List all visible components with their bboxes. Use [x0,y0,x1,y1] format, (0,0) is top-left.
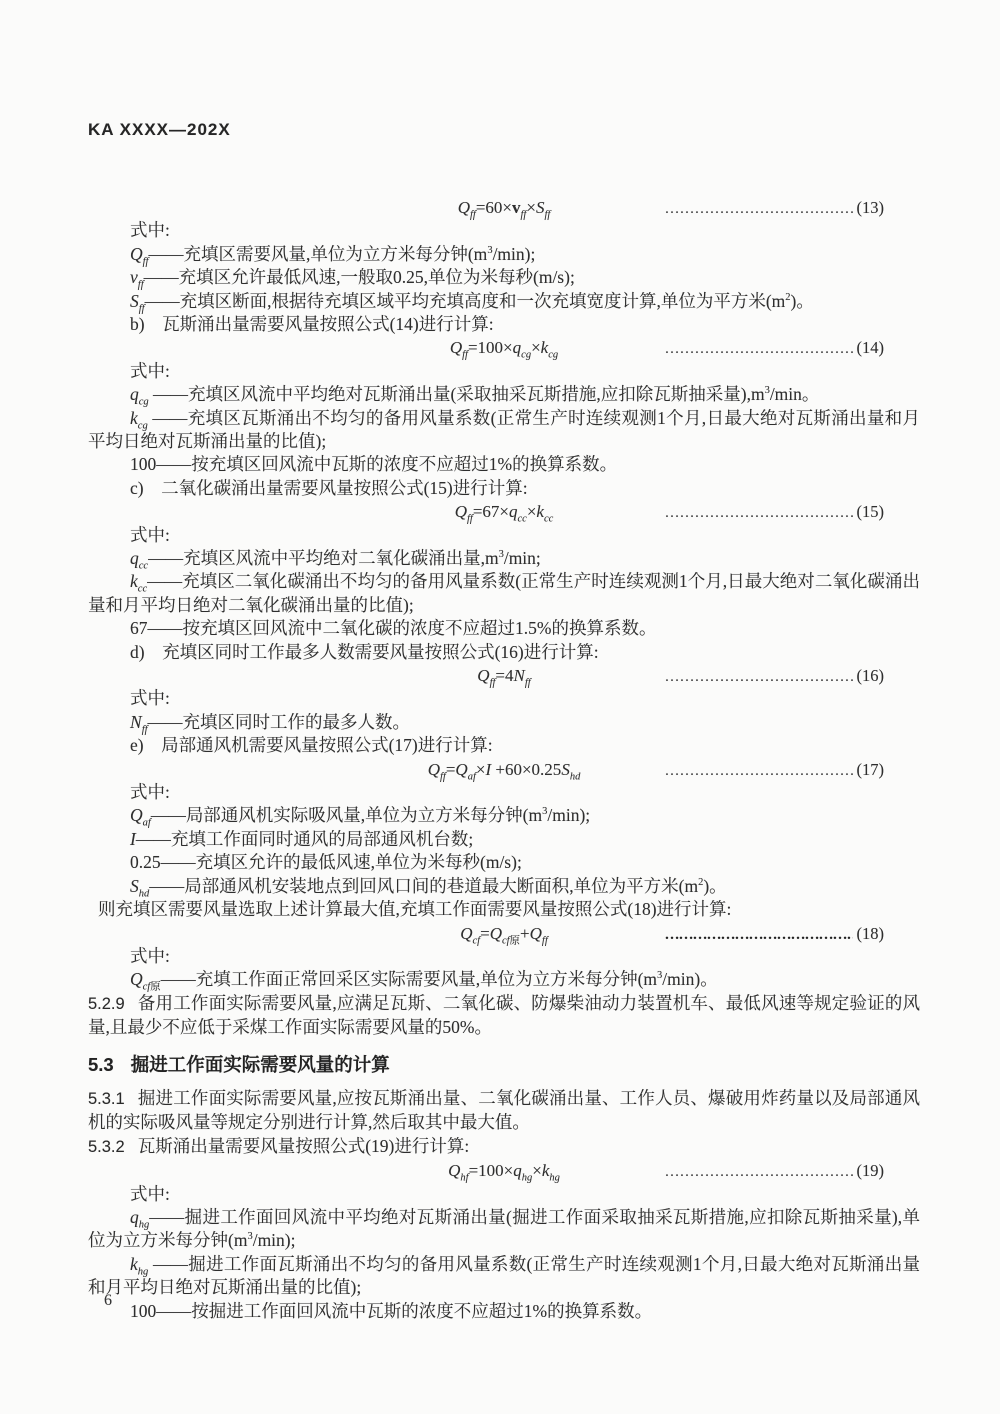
formula-number: (18) [857,922,885,945]
dot-leader: ……………………………………………… [665,338,853,361]
dot-leader: ……………………………………………… [665,924,853,947]
paragraph: kcc——充填区二氧化碳涌出不均匀的备用风量系数(正常生产时连续观测1个月,日最… [88,570,920,617]
paragraph: 式中: [88,781,920,804]
formula-leader-group: ………………………………………………(17) [665,758,885,783]
paragraph: 式中: [88,219,920,242]
clause-5.3.2: 5.3.2瓦斯涌出量需要风量按照公式(19)进行计算: [88,1135,920,1159]
formula-expression: Qff=60×vff×Sff [458,198,551,217]
paragraph: b) 瓦斯涌出量需要风量按照公式(14)进行计算: [88,313,920,336]
formula-14: Qff=100×qcg×kcg………………………………………………(14) [88,336,920,359]
formula-18: Qcf=Qcf原+Qff………………………………………………(18) [88,922,920,945]
formula-leader-group: ………………………………………………(19) [665,1159,885,1184]
paragraph: qhg——掘进工作面回风流中平均绝对瓦斯涌出量(掘进工作面采取抽采瓦斯措施,应扣… [88,1206,920,1253]
paragraph: Qff——充填区需要风量,单位为立方米每分钟(m3/min); [88,243,920,266]
paragraph: 式中: [88,687,920,710]
clause-number: 5.2.9 [88,995,125,1013]
paragraph: Nff——充填区同时工作的最多人数。 [88,711,920,734]
page-number: 6 [104,1292,112,1310]
clause-number: 5.3.1 [88,1090,125,1108]
paragraph: qcc——充填区风流中平均绝对二氧化碳涌出量,m3/min; [88,547,920,570]
formula-expression: Qff=Qaf×I +60×0.25Shd [428,760,581,779]
paragraph: Qaf——局部通风机实际吸风量,单位为立方米每分钟(m3/min); [88,804,920,827]
dot-leader: ……………………………………………… [665,502,853,525]
formula-number: (15) [857,500,885,523]
paragraph: Qcf原——充填工作面正常回采区实际需要风量,单位为立方米每分钟(m3/min)… [88,968,920,991]
document-body: Qff=60×vff×Sff………………………………………………(13)式中:Q… [88,196,920,1323]
paragraph: 式中: [88,945,920,968]
formula-leader-group: ………………………………………………(15) [665,500,885,525]
paragraph: Shd——局部通风机安装地点到回风口间的巷道最大断面积,单位为平方米(m2)。 [88,875,920,898]
paragraph: e) 局部通风机需要风量按照公式(17)进行计算: [88,734,920,757]
heading-number: 5.3 [88,1054,114,1075]
formula-number: (16) [857,664,885,687]
paragraph: 67——按充填区回风流中二氧化碳的浓度不应超过1.5%的换算系数。 [88,617,920,640]
formula-19: Qhf=100×qhg×khg………………………………………………(19) [88,1159,920,1182]
dot-leader: ……………………………………………… [665,666,853,689]
formula-leader-group: ………………………………………………(16) [665,664,885,689]
formula-expression: Qff=67×qcc×kcc [455,502,554,521]
paragraph: 100——按充填区回风流中瓦斯的浓度不应超过1%的换算系数。 [88,453,920,476]
paragraph: 则充填区需要风量选取上述计算最大值,充填工作面需要风量按照公式(18)进行计算: [88,898,920,921]
paragraph: Sff——充填区断面,根据待充填区域平均充填高度和一次充填宽度计算,单位为平方米… [88,290,920,313]
paragraph: kcg ——充填区瓦斯涌出不均匀的备用风量系数(正常生产时连续观测1个月,日最大… [88,407,920,454]
paragraph: khg ——掘进工作面瓦斯涌出不均匀的备用风量系数(正常生产时连续观测1个月,日… [88,1253,920,1300]
clause-5.2.9: 5.2.9备用工作面实际需要风量,应满足瓦斯、二氧化碳、防爆柴油动力装置机车、最… [88,992,920,1040]
document-page: KA XXXX—202X Qff=60×vff×Sff…………………………………… [0,0,1000,1414]
paragraph: vff——充填区允许最低风速,一般取0.25,单位为米每秒(m/s); [88,266,920,289]
dot-leader: ……………………………………………… [665,760,853,783]
formula-expression: Qhf=100×qhg×khg [448,1161,560,1180]
paragraph: 100——按掘进工作面回风流中瓦斯的浓度不应超过1%的换算系数。 [88,1300,920,1323]
formula-leader-group: ………………………………………………(13) [665,196,885,221]
formula-15: Qff=67×qcc×kcc………………………………………………(15) [88,500,920,523]
formula-leader-group: ………………………………………………(14) [665,336,885,361]
paragraph: 0.25——充填区允许的最低风速,单位为米每秒(m/s); [88,851,920,874]
section-heading-5.3: 5.3掘进工作面实际需要风量的计算 [88,1053,920,1076]
paragraph: c) 二氧化碳涌出量需要风量按照公式(15)进行计算: [88,477,920,500]
formula-number: (14) [857,336,885,359]
clause-5.3.1: 5.3.1掘进工作面实际需要风量,应按瓦斯涌出量、二氧化碳涌出量、工作人员、爆破… [88,1087,920,1135]
clause-number: 5.3.2 [88,1138,125,1156]
formula-number: (13) [857,196,885,219]
paragraph: d) 充填区同时工作最多人数需要风量按照公式(16)进行计算: [88,641,920,664]
formula-13: Qff=60×vff×Sff………………………………………………(13) [88,196,920,219]
dot-leader: ……………………………………………… [665,198,853,221]
document-header-code: KA XXXX—202X [88,120,231,140]
formula-17: Qff=Qaf×I +60×0.25Shd………………………………………………(… [88,758,920,781]
formula-leader-group: ………………………………………………(18) [665,922,885,947]
paragraph: I——充填工作面同时通风的局部通风机台数; [88,828,920,851]
formula-expression: Qff=4Nff [477,666,530,685]
dot-leader: ……………………………………………… [665,1161,853,1184]
paragraph: qcg ——充填区风流中平均绝对瓦斯涌出量(采取抽采瓦斯措施,应扣除瓦斯抽采量)… [88,383,920,406]
formula-expression: Qff=100×qcg×kcg [450,338,558,357]
formula-16: Qff=4Nff………………………………………………(16) [88,664,920,687]
paragraph: 式中: [88,524,920,547]
paragraph: 式中: [88,360,920,383]
formula-expression: Qcf=Qcf原+Qff [460,924,548,943]
formula-number: (19) [857,1159,885,1182]
formula-number: (17) [857,758,885,781]
paragraph: 式中: [88,1183,920,1206]
